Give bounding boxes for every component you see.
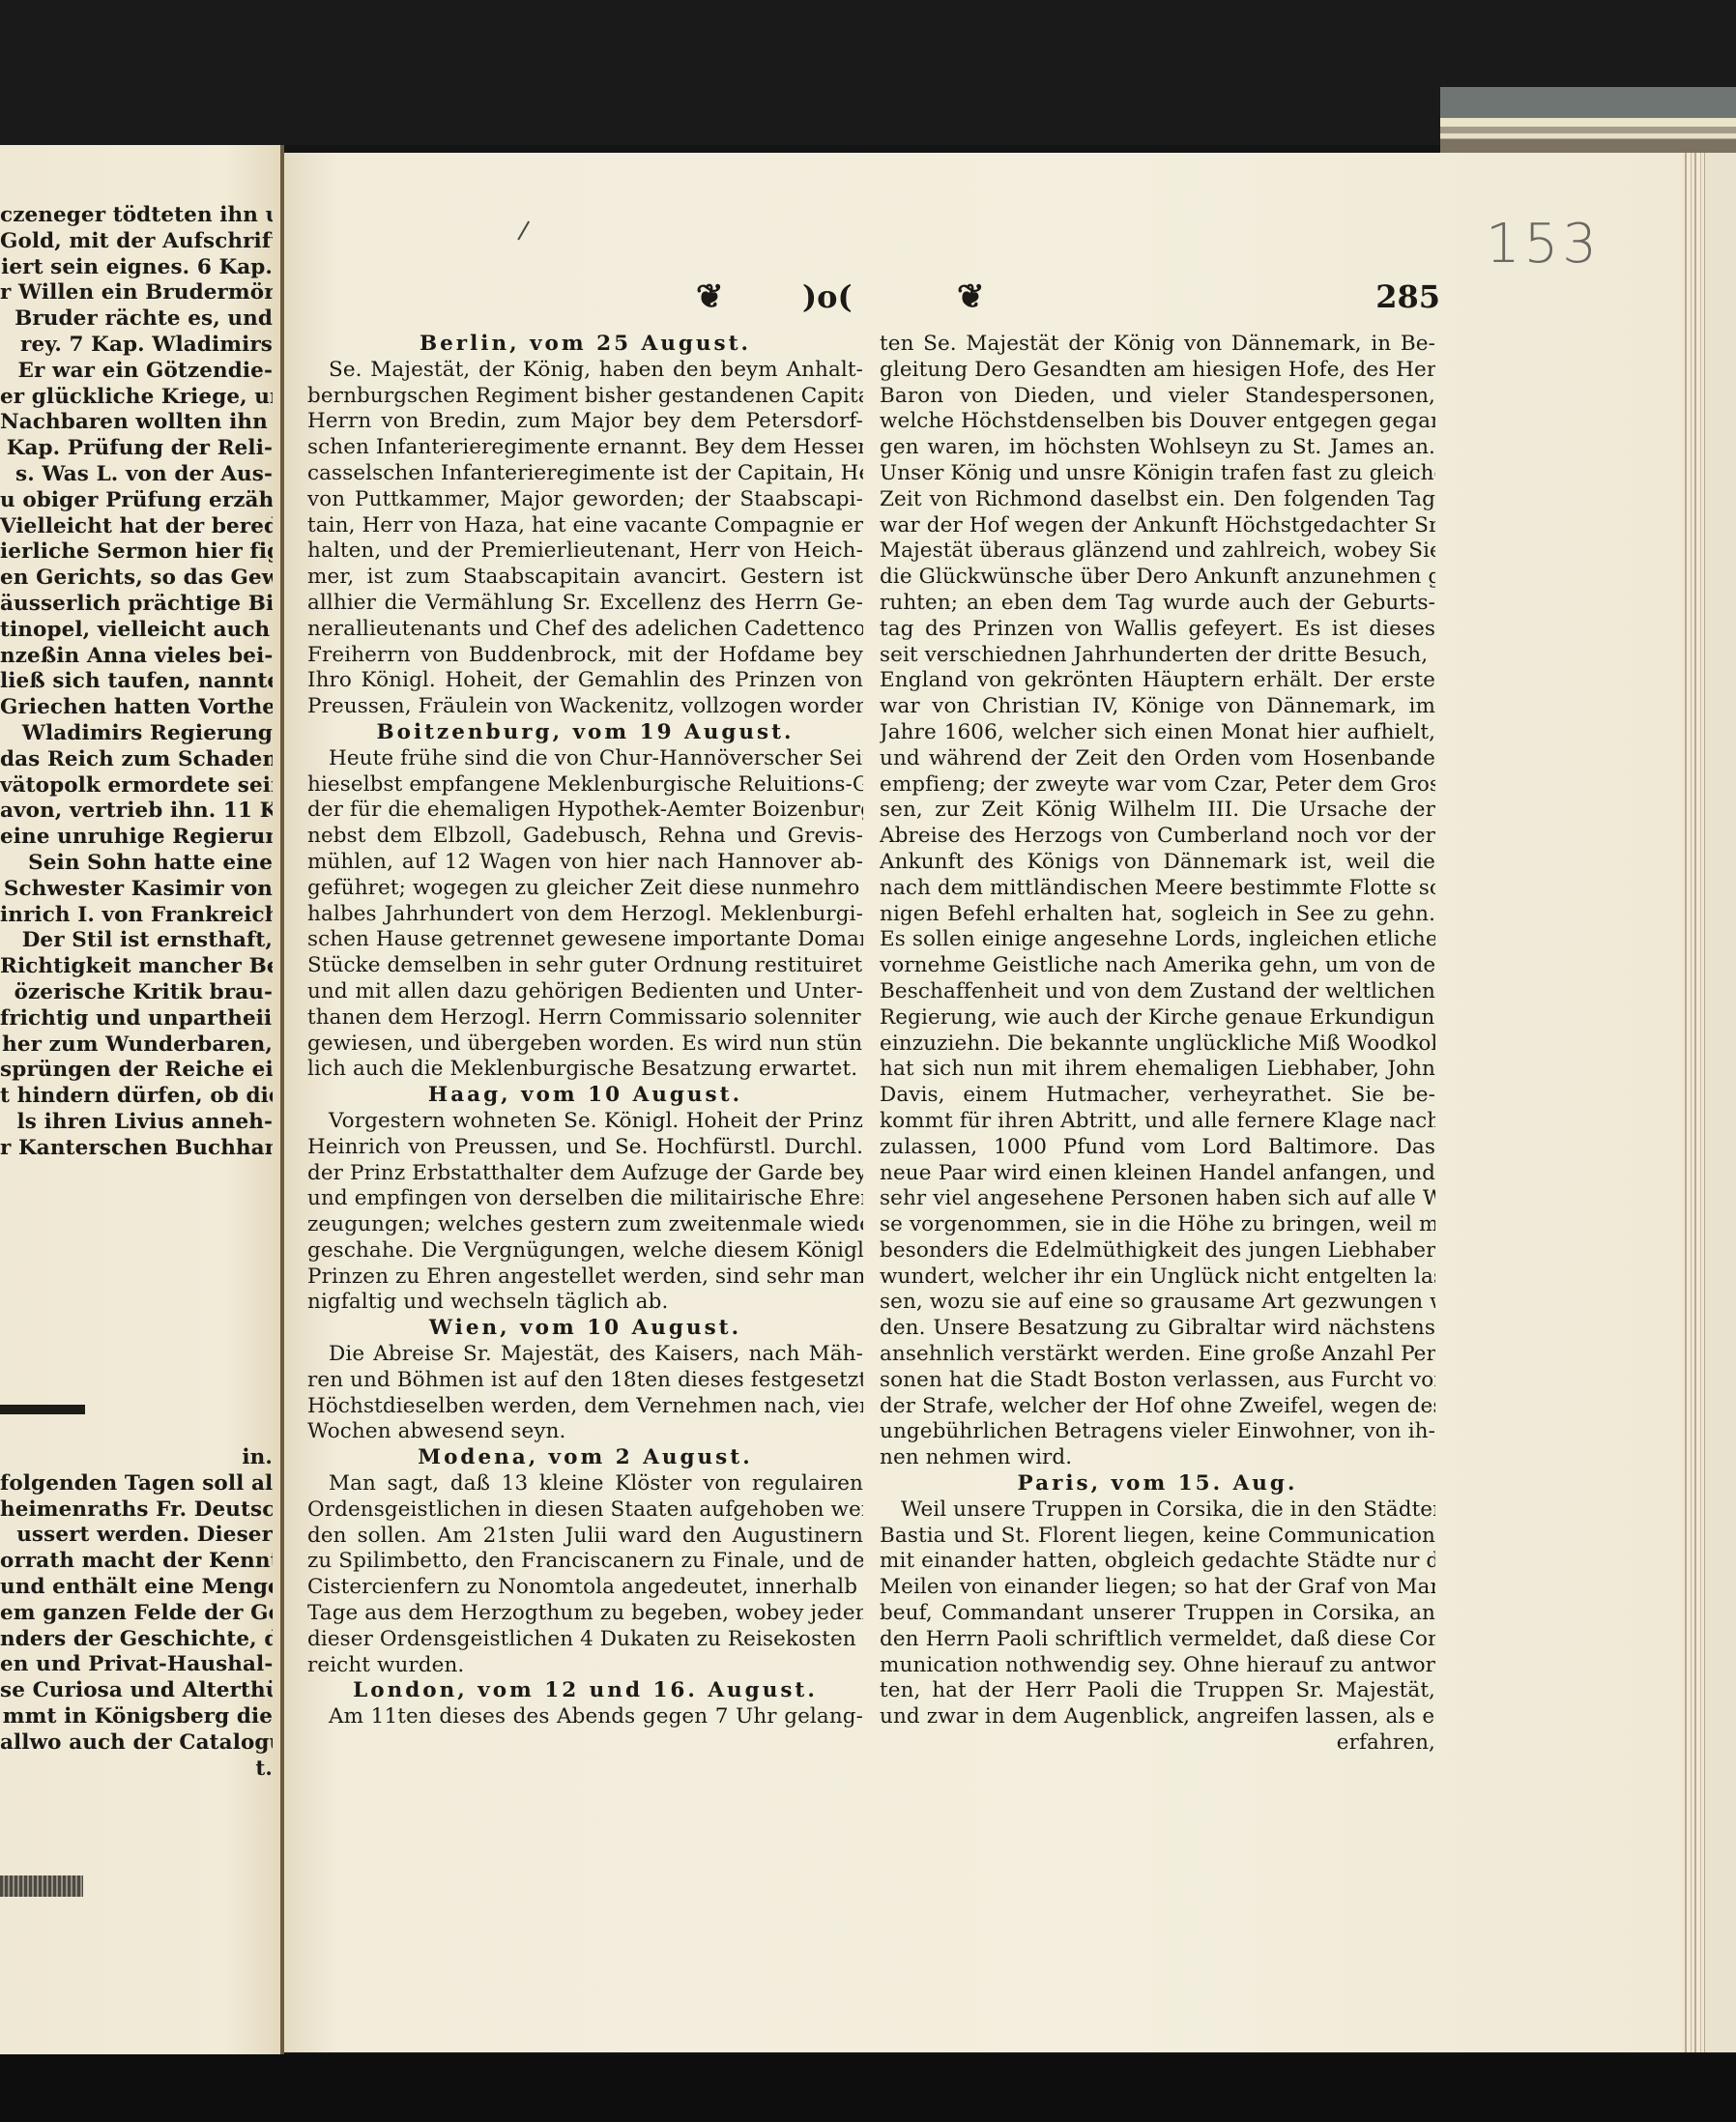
- text-line: einzuziehn. Die bekannte unglückliche Mi…: [880, 1032, 1435, 1058]
- text-line: Stücke demselben in sehr guter Ordnung r…: [307, 953, 863, 979]
- text-line: sen, wozu sie auf eine so grausame Art g…: [880, 1290, 1435, 1316]
- binding-cloth: [1440, 87, 1736, 118]
- text-line: sprüngen der Reiche ein-: [0, 1058, 273, 1084]
- text-line: Vorgestern wohneten Se. Königl. Hoheit d…: [307, 1109, 863, 1135]
- text-line: t.: [0, 1757, 273, 1783]
- text-line: Weil unsere Truppen in Corsika, die in d…: [880, 1497, 1435, 1524]
- text-line: iert sein eignes. 6 Kap.: [0, 255, 273, 281]
- text-line: bernburgschen Regiment bisher gestandene…: [307, 384, 863, 410]
- text-line: beuf, Commandant unserer Truppen in Cors…: [880, 1601, 1435, 1627]
- text-line: schen Hause getrennet gewesene important…: [307, 927, 863, 953]
- text-line: nzeßin Anna vieles bei-: [0, 644, 273, 670]
- text-line: halten, und der Premierlieutenant, Herr …: [307, 538, 863, 565]
- text-line: t hindern dürfen, ob die: [0, 1084, 273, 1110]
- text-line: Nachbaren wollten ihn zu: [0, 410, 273, 436]
- text-line: war von Christian IV, Könige von Dännema…: [880, 694, 1435, 720]
- text-line: thanen dem Herzogl. Herrn Commissario so…: [307, 1005, 863, 1032]
- text-line: Bruder rächte es, und: [0, 306, 273, 333]
- text-line: Tage aus dem Herzogthum zu begeben, wobe…: [307, 1601, 863, 1627]
- text-line: czeneger tödteten ihn und: [0, 203, 273, 229]
- left-page-column-continued: in.folgenden Tagen soll all-heimenraths …: [0, 1445, 273, 1782]
- text-line: Prinzen zu Ehren angestellet werden, sin…: [307, 1264, 863, 1291]
- text-line: frichtig und unpartheiisch: [0, 1006, 273, 1032]
- text-line: ansehnlich verstärkt werden. Eine große …: [880, 1342, 1435, 1368]
- text-line: allhier die Vermählung Sr. Excellenz des…: [307, 591, 863, 617]
- text-line: Freiherrn von Buddenbrock, mit der Hofda…: [307, 643, 863, 669]
- text-line: mit einander hatten, obgleich gedachte S…: [880, 1549, 1435, 1575]
- text-line: das Reich zum Schaden: [0, 747, 273, 773]
- text-line: Am 11ten dieses des Abends gegen 7 Uhr g…: [307, 1704, 863, 1730]
- text-line: besonders die Edelmüthigkeit des jungen …: [880, 1238, 1435, 1264]
- text-line: neue Paar wird einen kleinen Handel anfa…: [880, 1161, 1435, 1187]
- dateline-heading: Wien, vom 10 August.: [307, 1316, 863, 1342]
- text-line: Er war ein Götzendie-: [0, 359, 273, 385]
- text-line: geschahe. Die Vergnügungen, welche diese…: [307, 1238, 863, 1264]
- text-line: er glückliche Kriege, und: [0, 385, 273, 411]
- archive-folio-number: 153: [1486, 213, 1601, 276]
- left-page-column: czeneger tödteten ihn undGold, mit der A…: [0, 203, 273, 1161]
- article-column-left: Berlin, vom 25 August.Se. Majestät, der …: [307, 332, 863, 1730]
- text-line: nigen Befehl erhalten hat, sogleich in S…: [880, 902, 1435, 928]
- text-line: schen Infanterieregimente ernannt. Bey d…: [307, 435, 863, 461]
- text-line: Gold, mit der Aufschrift:: [0, 229, 273, 255]
- text-line: äusserlich prächtige Bilder: [0, 592, 273, 618]
- text-line: Majestät überaus glänzend und zahlreich,…: [880, 538, 1435, 565]
- text-line: ungebührlichen Betragens vieler Einwohne…: [880, 1419, 1435, 1445]
- cover-board: [1705, 153, 1736, 2052]
- text-line: war der Hof wegen der Ankunft Höchstgeda…: [880, 513, 1435, 539]
- text-line: Griechen hatten Vortheil: [0, 695, 273, 721]
- text-line: Es sollen einige angesehne Lords, inglei…: [880, 927, 1435, 953]
- text-line: r Willen ein Brudermör-: [0, 280, 273, 306]
- text-line: avon, vertrieb ihn. 11 K.: [0, 799, 273, 825]
- text-line: ierliche Sermon hier figu-: [0, 539, 273, 566]
- text-line: Davis, einem Hutmacher, verheyrathet. Si…: [880, 1083, 1435, 1109]
- shell-ornament-icon: ❦: [696, 277, 724, 316]
- book-scan: 153 ❦ )o( ❦ 285 czeneger tödteten ihn un…: [0, 0, 1736, 2122]
- text-line: welche Höchstdenselben bis Douver entgeg…: [880, 409, 1435, 435]
- text-line: Ihro Königl. Hoheit, der Gemahlin des Pr…: [307, 668, 863, 694]
- text-line: Höchstdieselben werden, dem Vernehmen na…: [307, 1394, 863, 1420]
- text-line: hieselbst empfangene Meklenburgische Rel…: [307, 772, 863, 799]
- text-line: in.: [0, 1445, 273, 1471]
- article-column-right: ten Se. Majestät der König von Dännemark…: [880, 332, 1435, 1757]
- shell-ornament-icon: ❦: [957, 277, 985, 316]
- text-line: von Puttkammer, Major geworden; der Staa…: [307, 487, 863, 513]
- text-line: der Prinz Erbstatthalter dem Aufzuge der…: [307, 1161, 863, 1187]
- text-line: nigfaltig und wechseln täglich ab.: [307, 1290, 863, 1316]
- text-line: Vielleicht hat der beredte: [0, 514, 273, 540]
- header-divider-glyph: )o(: [802, 277, 853, 316]
- text-line: Se. Majestät, der König, haben den beym …: [307, 358, 863, 384]
- text-line: England von gekrönten Häuptern erhält. D…: [880, 668, 1435, 694]
- text-line: ließ sich taufen, nannte: [0, 669, 273, 695]
- text-line: orrath macht der Kennt-: [0, 1549, 273, 1575]
- text-line: munication nothwendig sey. Ohne hierauf …: [880, 1653, 1435, 1679]
- text-line: Meilen von einander liegen; so hat der G…: [880, 1575, 1435, 1601]
- page-header: ❦ )o( ❦ 285: [696, 277, 1440, 322]
- text-line: nen nehmen wird.: [880, 1445, 1435, 1471]
- text-line: mer, ist zum Staabscapitain avancirt. Ge…: [307, 565, 863, 591]
- text-line: den Herrn Paoli schriftlich vermeldet, d…: [880, 1627, 1435, 1653]
- text-line: Der Stil ist ernsthaft,: [0, 928, 273, 954]
- text-line: nerallieutenants und Chef des adelichen …: [307, 617, 863, 643]
- text-line: Die Abreise Sr. Majestät, des Kaisers, n…: [307, 1342, 863, 1368]
- text-line: Regierung, wie auch der Kirche genaue Er…: [880, 1005, 1435, 1032]
- text-line: lich auch die Meklenburgische Besatzung …: [307, 1057, 863, 1083]
- text-line: den. Unsere Besatzung zu Gibraltar wird …: [880, 1316, 1435, 1342]
- text-line: vätopolk ermordete seine: [0, 773, 273, 799]
- text-line: sehr viel angesehene Personen haben sich…: [880, 1186, 1435, 1212]
- text-line: r Kanterschen Buchhand-: [0, 1136, 273, 1162]
- page-number: 285: [1375, 277, 1440, 316]
- text-line: Jahre 1606, welcher sich einen Monat hie…: [880, 720, 1435, 746]
- text-line: se vorgenommen, sie in die Höhe zu bring…: [880, 1212, 1435, 1238]
- text-line: Heute frühe sind die von Chur-Hannöversc…: [307, 746, 863, 772]
- text-line: Unser König und unsre Königin trafen fas…: [880, 461, 1435, 487]
- text-line: der für die ehemaligen Hypothek-Aemter B…: [307, 798, 863, 824]
- text-line: heimenraths Fr. Deutsch: [0, 1497, 273, 1524]
- text-line: hat sich nun mit ihrem ehemaligen Liebha…: [880, 1057, 1435, 1083]
- text-line: casselschen Infanterieregimente ist der …: [307, 461, 863, 487]
- text-line: Kap. Prüfung der Reli-: [0, 436, 273, 462]
- book-gutter: [280, 145, 284, 2069]
- text-line: folgenden Tagen soll all-: [0, 1471, 273, 1497]
- page-fore-edge: [1682, 153, 1705, 2052]
- text-line: u obiger Prüfung erzählt,: [0, 488, 273, 514]
- text-line: empfieng; der zweyte war vom Czar, Peter…: [880, 772, 1435, 799]
- text-line: seit verschiednen Jahrhunderten der drit…: [880, 643, 1435, 669]
- text-line: en Gerichts, so das Gewis-: [0, 566, 273, 592]
- text-line: Ankunft des Königs von Dännemark ist, we…: [880, 850, 1435, 876]
- text-line: Baron von Dieden, und vieler Standespers…: [880, 384, 1435, 410]
- text-line: ls ihren Livius anneh-: [0, 1110, 273, 1136]
- text-line: nach dem mittländischen Meere bestimmte …: [880, 876, 1435, 902]
- printers-ornament-rule: [0, 1875, 83, 1897]
- text-line: se Curiosa und Alterthü-: [0, 1678, 273, 1704]
- text-line: mmt in Königsberg die: [0, 1704, 273, 1730]
- text-line: Sein Sohn hatte eine: [0, 851, 273, 877]
- text-line: zeugungen; welches gestern zum zweitenma…: [307, 1212, 863, 1238]
- text-line: tag des Prinzen von Wallis gefeyert. Es …: [880, 617, 1435, 643]
- text-line: Wochen abwesend seyn.: [307, 1419, 863, 1445]
- text-line: mühlen, auf 12 Wagen von hier nach Hanno…: [307, 850, 863, 876]
- text-line: vornehme Geistliche nach Amerika gehn, u…: [880, 953, 1435, 979]
- text-line: ren und Böhmen ist auf den 18ten dieses …: [307, 1368, 863, 1394]
- text-line: sonen hat die Stadt Boston verlassen, au…: [880, 1368, 1435, 1394]
- text-line: Abreise des Herzogs von Cumberland noch …: [880, 824, 1435, 850]
- scan-background-bottom: [0, 2054, 1736, 2122]
- text-line: en und Privat-Haushal-: [0, 1652, 273, 1678]
- dateline-heading: Haag, vom 10 August.: [307, 1083, 863, 1109]
- text-line: rey. 7 Kap. Wladimirs: [0, 333, 273, 359]
- text-line: Beschaffenheit und von dem Zustand der w…: [880, 979, 1435, 1005]
- text-line: reicht wurden.: [307, 1653, 863, 1679]
- text-line: her zum Wunderbaren,: [0, 1032, 273, 1059]
- text-line: und enthält eine Menge: [0, 1575, 273, 1601]
- text-line: und zwar in dem Augenblick, angreifen la…: [880, 1704, 1435, 1730]
- text-line: und während der Zeit den Orden vom Hosen…: [880, 746, 1435, 772]
- dateline-heading: Berlin, vom 25 August.: [307, 332, 863, 358]
- text-line: gleitung Dero Gesandten am hiesigen Hofe…: [880, 358, 1435, 384]
- text-line: ten, hat der Herr Paoli die Truppen Sr. …: [880, 1678, 1435, 1704]
- text-line: Preussen, Fräulein von Wackenitz, vollzo…: [307, 694, 863, 720]
- text-line: dieser Ordensgeistlichen 4 Dukaten zu Re…: [307, 1627, 863, 1653]
- dateline-heading: Modena, vom 2 August.: [307, 1445, 863, 1471]
- text-line: Richtigkeit mancher Bege-: [0, 954, 273, 980]
- text-line: zulassen, 1000 Pfund vom Lord Baltimore.…: [880, 1135, 1435, 1161]
- text-line: sen, zur Zeit König Wilhelm III. Die Urs…: [880, 798, 1435, 824]
- text-line: nders der Geschichte, dem: [0, 1627, 273, 1653]
- text-line: Wladimirs Regierung: [0, 721, 273, 747]
- cover-board-edge: [1440, 118, 1736, 153]
- text-line: erfahren,: [880, 1730, 1435, 1757]
- text-line: Bastia und St. Florent liegen, keine Com…: [880, 1524, 1435, 1550]
- text-line: Ordensgeistlichen in diesen Staaten aufg…: [307, 1497, 863, 1524]
- text-line: kommt für ihren Abtritt, und alle ferner…: [880, 1109, 1435, 1135]
- text-line: ussert werden. Dieser: [0, 1523, 273, 1549]
- text-line: Cistercienfern zu Nonomtola angedeutet, …: [307, 1575, 863, 1601]
- text-line: und empfingen von derselben die militair…: [307, 1186, 863, 1212]
- text-line: Heinrich von Preussen, und Se. Hochfürst…: [307, 1135, 863, 1161]
- text-line: wundert, welcher ihr ein Unglück nicht e…: [880, 1264, 1435, 1291]
- text-line: gewiesen, und übergeben worden. Es wird …: [307, 1032, 863, 1058]
- text-line: und mit allen dazu gehörigen Bedienten u…: [307, 979, 863, 1005]
- text-line: Herrn von Bredin, zum Major bey dem Pete…: [307, 409, 863, 435]
- text-line: özerische Kritik brau-: [0, 980, 273, 1006]
- text-line: inrich I. von Frankreich —: [0, 903, 273, 929]
- text-line: geführet; wogegen zu gleicher Zeit diese…: [307, 876, 863, 902]
- text-line: eine unruhige Regierung.: [0, 825, 273, 851]
- dateline-heading: London, vom 12 und 16. August.: [307, 1678, 863, 1704]
- text-line: halbes Jahrhundert von dem Herzogl. Mekl…: [307, 902, 863, 928]
- text-line: ten Se. Majestät der König von Dännemark…: [880, 332, 1435, 358]
- section-rule: [0, 1405, 85, 1414]
- text-line: nebst dem Elbzoll, Gadebusch, Rehna und …: [307, 824, 863, 850]
- text-line: em ganzen Felde der Ge-: [0, 1601, 273, 1627]
- dateline-heading: Paris, vom 15. Aug.: [880, 1471, 1435, 1497]
- text-line: die Glückwünsche über Dero Ankunft anzun…: [880, 565, 1435, 591]
- text-line: Zeit von Richmond daselbst ein. Den folg…: [880, 487, 1435, 513]
- text-line: den sollen. Am 21sten Julii ward den Aug…: [307, 1524, 863, 1550]
- text-line: Schwester Kasimir von: [0, 877, 273, 903]
- dateline-heading: Boitzenburg, vom 19 August.: [307, 720, 863, 746]
- text-line: s. Was L. von der Aus-: [0, 462, 273, 488]
- text-line: tinopel, vielleicht auch die: [0, 618, 273, 644]
- text-line: gen waren, im höchsten Wohlseyn zu St. J…: [880, 435, 1435, 461]
- text-line: allwo auch der Catalogus: [0, 1730, 273, 1757]
- text-line: Man sagt, daß 13 kleine Klöster von regu…: [307, 1471, 863, 1497]
- text-line: ruhten; an eben dem Tag wurde auch der G…: [880, 591, 1435, 617]
- text-line: der Strafe, welcher der Hof ohne Zweifel…: [880, 1394, 1435, 1420]
- text-line: zu Spilimbetto, den Franciscanern zu Fin…: [307, 1549, 863, 1575]
- text-line: tain, Herr von Haza, hat eine vacante Co…: [307, 513, 863, 539]
